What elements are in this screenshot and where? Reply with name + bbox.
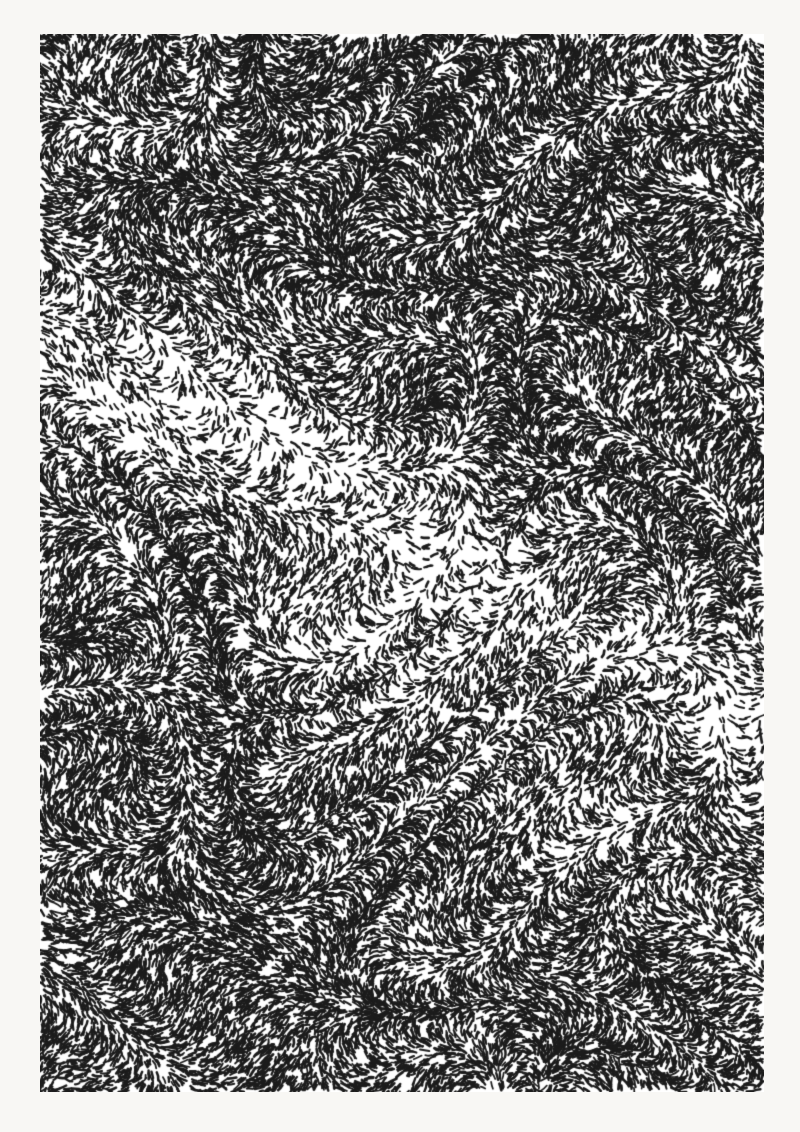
generative-artwork (40, 34, 764, 1092)
